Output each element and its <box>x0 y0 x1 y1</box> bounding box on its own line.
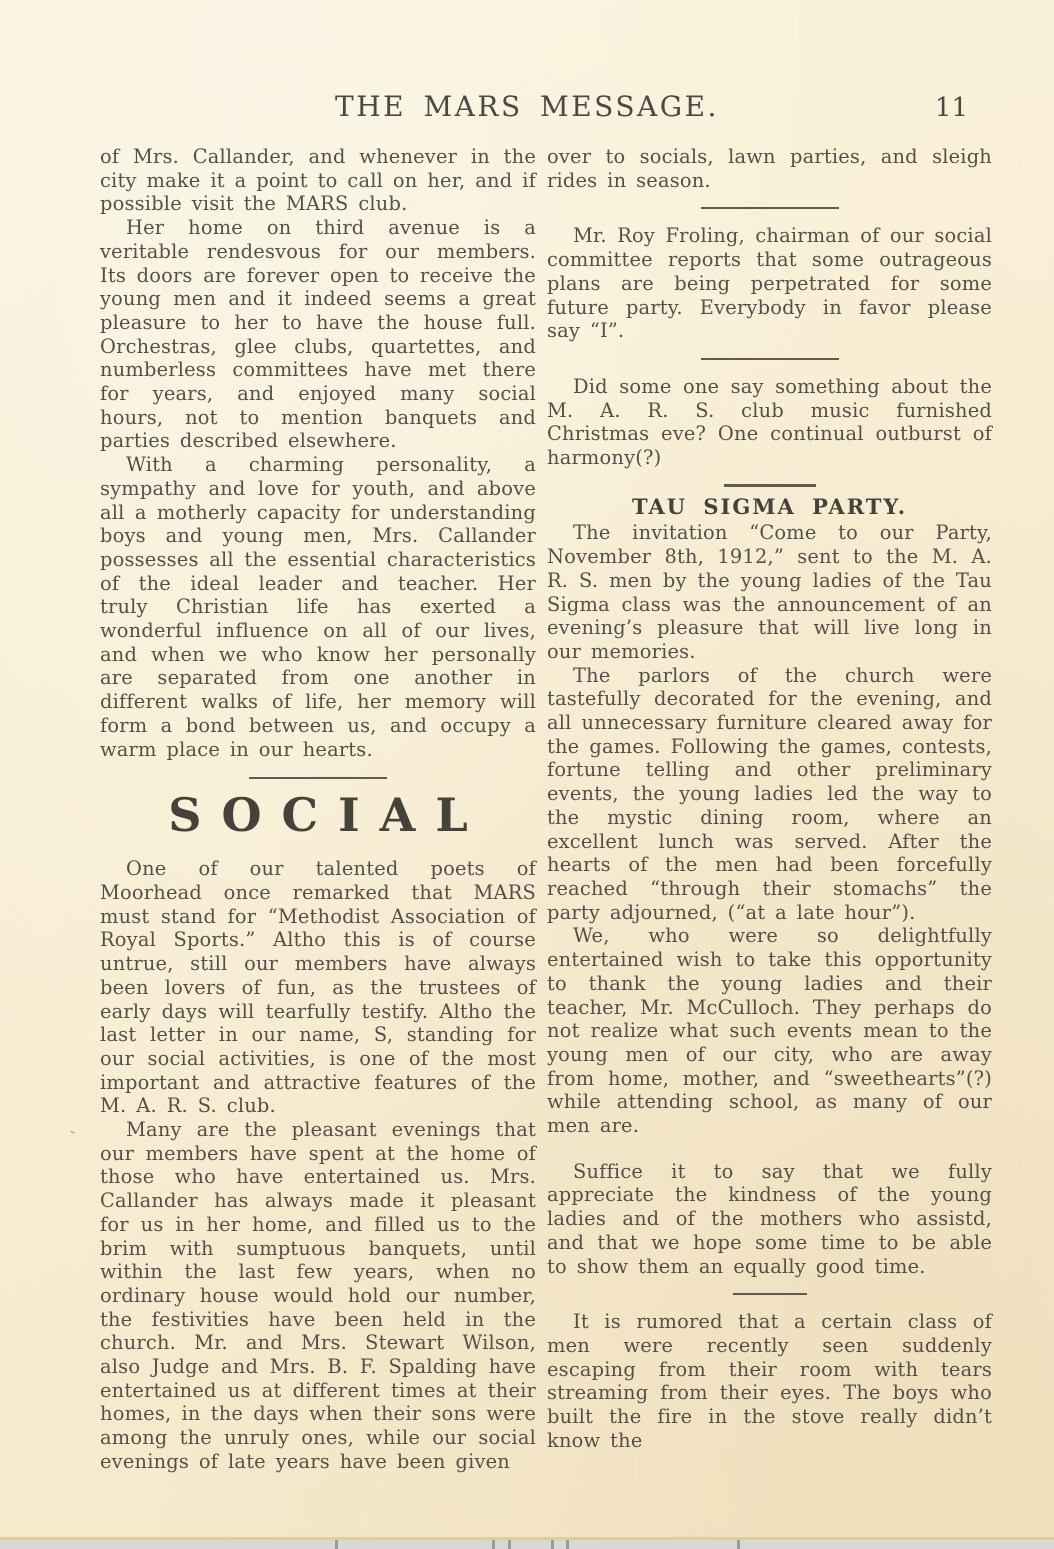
scan-edge-tick <box>566 1540 569 1549</box>
scan-edge-tick <box>551 1540 554 1549</box>
paragraph: of Mrs. Callander, and whenever in the c… <box>100 145 536 216</box>
scan-edge-tick <box>737 1540 740 1549</box>
paragraph: Suffice it to say that we fully apprecia… <box>547 1160 992 1279</box>
paragraph: Many are the pleasant evenings that our … <box>100 1118 536 1474</box>
section-divider <box>724 484 816 487</box>
section-divider <box>249 777 387 779</box>
paragraph: We, who were so delightfully entertained… <box>547 924 992 1137</box>
tau-sigma-party-heading: TAU SIGMA PARTY. <box>547 495 992 519</box>
paragraph: One of our talented poets of Moorhead on… <box>100 857 536 1118</box>
page-number: 11 <box>935 93 968 123</box>
paragraph: over to socials, lawn parties, and sleig… <box>547 145 992 192</box>
section-divider <box>733 1293 807 1295</box>
section-divider <box>701 358 839 360</box>
scanned-magazine-page: THE MARS MESSAGE. 11 of Mrs. Callander, … <box>0 0 1054 1549</box>
left-column: of Mrs. Callander, and whenever in the c… <box>100 145 536 1474</box>
paragraph: Her home on third avenue is a veritable … <box>100 216 536 453</box>
page-title: THE MARS MESSAGE. <box>0 90 1054 123</box>
pen-mark-artifact: ` <box>68 1127 85 1150</box>
scan-edge-tick <box>335 1540 338 1549</box>
section-divider <box>701 207 839 209</box>
right-column: over to socials, lawn parties, and sleig… <box>547 145 992 1452</box>
paragraph: The parlors of the church were tastefull… <box>547 664 992 925</box>
scan-edge-tick <box>508 1540 511 1549</box>
paragraph: Did some one say something about the M. … <box>547 375 992 470</box>
scan-edge-tick <box>492 1540 495 1549</box>
paragraph: Mr. Roy Froling, chairman of our social … <box>547 224 992 343</box>
paragraph: The invitation “Come to our Party, Novem… <box>547 521 992 663</box>
paragraph: With a charming personality, a sympathy … <box>100 453 536 761</box>
social-section-heading: SOCIAL <box>100 789 536 841</box>
scan-edge-artifact <box>0 1537 1054 1549</box>
paragraph: It is rumored that a certain class of me… <box>547 1310 992 1452</box>
